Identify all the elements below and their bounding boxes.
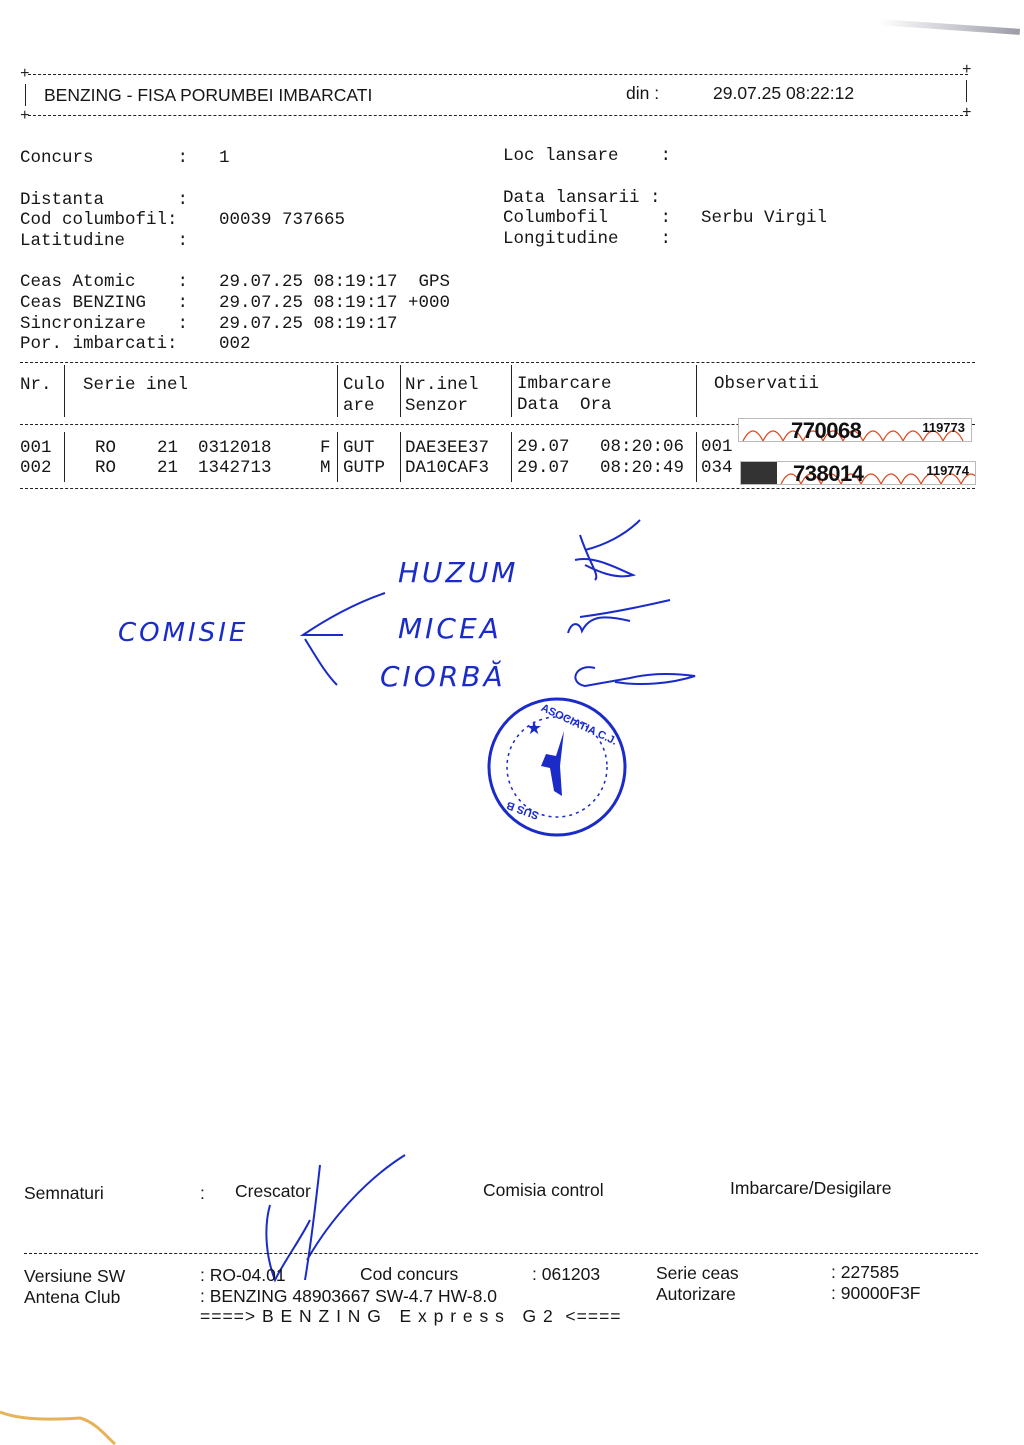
cell-year: 21 bbox=[157, 458, 178, 479]
longitudine-label: Longitudine : bbox=[503, 229, 671, 250]
benzing-banner: ====> B E N Z I N G E x p r e s s G 2 <=… bbox=[200, 1306, 622, 1327]
antena-club-label: Antena Club bbox=[24, 1287, 120, 1308]
col-header-serie: Serie inel bbox=[83, 375, 188, 396]
col-header-culoare: Culo bbox=[343, 375, 385, 396]
cell-senzor: DAE3EE37 bbox=[405, 438, 489, 459]
cod-concurs-value: : 061203 bbox=[532, 1264, 600, 1285]
ceas-benzing-value: 29.07.25 08:19:17 +000 bbox=[219, 293, 450, 314]
col-header-observatii: Observatii bbox=[714, 374, 819, 395]
cod-columbofil-label: Cod columbofil: bbox=[20, 210, 178, 231]
autorizare-value: : 90000F3F bbox=[831, 1283, 921, 1304]
table-border-top bbox=[20, 362, 975, 363]
distanta-label: Distanta : bbox=[20, 190, 188, 211]
cell-ring: 0312018 bbox=[198, 438, 272, 459]
col-header-senzor: Nr.inel bbox=[405, 375, 479, 396]
col-header-imbarcare-2: Data Ora bbox=[517, 395, 612, 416]
col-header-imbarcare: Imbarcare bbox=[517, 374, 612, 395]
ceas-atomic-label: Ceas Atomic : bbox=[20, 272, 188, 293]
latitudine-label: Latitudine : bbox=[20, 231, 188, 252]
cell-sex: F bbox=[320, 438, 331, 459]
cell-ora: 08:20:06 bbox=[600, 437, 684, 458]
col-divider bbox=[64, 432, 65, 482]
handwritten-name: CIORBĂ bbox=[380, 660, 506, 693]
versiune-sw-value: : RO-04.01 bbox=[200, 1265, 286, 1286]
porumbei-imbarcati-label: Por. imbarcati: bbox=[20, 334, 178, 355]
table-border-bottom bbox=[20, 488, 975, 489]
seal-code: 119773 bbox=[922, 420, 965, 435]
corner: + bbox=[20, 66, 30, 82]
serie-ceas-value: : 227585 bbox=[831, 1262, 899, 1283]
signature-imbarcare-desigilare: Imbarcare/Desigilare bbox=[730, 1178, 891, 1199]
corner: + bbox=[20, 108, 30, 124]
signature-icon bbox=[565, 515, 645, 590]
signature-icon bbox=[560, 595, 675, 640]
concurs-value: 1 bbox=[219, 148, 230, 169]
svg-text:★: ★ bbox=[526, 718, 542, 739]
seal-sticker: 738014 119774 bbox=[740, 461, 976, 485]
col-header-nr: Nr. bbox=[20, 375, 52, 396]
col-divider bbox=[64, 365, 65, 417]
header-border-right bbox=[966, 80, 967, 102]
semnaturi-label: Semnaturi bbox=[24, 1183, 104, 1204]
autorizare-label: Autorizare bbox=[656, 1284, 736, 1305]
cell-year: 21 bbox=[157, 438, 178, 459]
cell-data: 29.07 bbox=[517, 437, 570, 458]
col-divider bbox=[511, 432, 512, 482]
cell-country: RO bbox=[95, 438, 116, 459]
date-label: din : bbox=[626, 83, 659, 104]
loc-lansare-label: Loc lansare : bbox=[503, 146, 671, 167]
corner: + bbox=[962, 105, 972, 121]
date-value: 29.07.25 08:22:12 bbox=[713, 83, 854, 104]
cell-ora: 08:20:49 bbox=[600, 458, 684, 479]
sincronizare-label: Sincronizare : bbox=[20, 314, 188, 335]
footer-separator bbox=[24, 1253, 978, 1254]
handwritten-name: MICEA bbox=[398, 612, 502, 645]
cell-country: RO bbox=[95, 458, 116, 479]
cod-concurs-label: Cod concurs bbox=[360, 1264, 458, 1285]
cell-data: 29.07 bbox=[517, 458, 570, 479]
seal-number: 738014 bbox=[793, 461, 863, 485]
handwritten-name: HUZUM bbox=[398, 556, 518, 589]
cell-senzor: DA10CAF3 bbox=[405, 458, 489, 479]
header-border-left bbox=[25, 84, 26, 106]
cell-nr: 002 bbox=[20, 458, 52, 479]
handwritten-comisie: COMISIE bbox=[118, 618, 248, 648]
signature-comisia-control: Comisia control bbox=[483, 1180, 604, 1201]
col-divider bbox=[696, 432, 697, 482]
concurs-label: Concurs : bbox=[20, 148, 188, 169]
signature-icon bbox=[560, 658, 700, 693]
seal-code: 119774 bbox=[926, 463, 969, 478]
antena-club-value: : BENZING 48903667 SW-4.7 HW-8.0 bbox=[200, 1286, 497, 1307]
col-header-culoare-2: are bbox=[343, 396, 375, 417]
col-divider bbox=[511, 365, 512, 417]
scan-smudge bbox=[880, 19, 1020, 35]
cell-observatii: 001 bbox=[701, 437, 733, 458]
sincronizare-value: 29.07.25 08:19:17 bbox=[219, 314, 398, 335]
ceas-benzing-label: Ceas BENZING : bbox=[20, 293, 188, 314]
cell-nr: 001 bbox=[20, 438, 52, 459]
cell-ring: 1342713 bbox=[198, 458, 272, 479]
col-divider bbox=[400, 432, 401, 482]
col-divider bbox=[400, 365, 401, 417]
data-lansarii-label: Data lansarii : bbox=[503, 188, 661, 209]
corner: + bbox=[962, 62, 972, 78]
col-divider bbox=[337, 432, 338, 482]
ceas-atomic-value: 29.07.25 08:19:17 GPS bbox=[219, 272, 450, 293]
columbofil-value: Serbu Virgil bbox=[701, 208, 827, 229]
columbofil-label: Columbofil : bbox=[503, 208, 671, 229]
col-header-senzor-2: Senzor bbox=[405, 396, 468, 417]
stain-mark bbox=[0, 1400, 140, 1445]
cod-columbofil-value: 00039 737665 bbox=[219, 210, 345, 231]
cell-culoare: GUTP bbox=[343, 458, 385, 479]
header-border-top bbox=[28, 74, 968, 75]
col-divider bbox=[696, 365, 697, 417]
seal-number: 770068 bbox=[791, 418, 861, 442]
association-stamp: ★ ASOCIATIA C.J. SUS B bbox=[486, 696, 628, 838]
cell-culoare: GUT bbox=[343, 438, 375, 459]
document-title: BENZING - FISA PORUMBEI IMBARCATI bbox=[44, 85, 372, 106]
versiune-sw-label: Versiune SW bbox=[24, 1266, 125, 1287]
porumbei-imbarcati-value: 002 bbox=[219, 334, 251, 355]
cell-sex: M bbox=[320, 458, 331, 479]
serie-ceas-label: Serie ceas bbox=[656, 1263, 739, 1284]
cell-observatii: 034 bbox=[701, 458, 733, 479]
semnaturi-colon: : bbox=[200, 1183, 205, 1204]
header-border-bottom bbox=[28, 115, 968, 116]
col-divider bbox=[337, 365, 338, 417]
seal-sticker: 770068 119773 bbox=[738, 418, 972, 442]
